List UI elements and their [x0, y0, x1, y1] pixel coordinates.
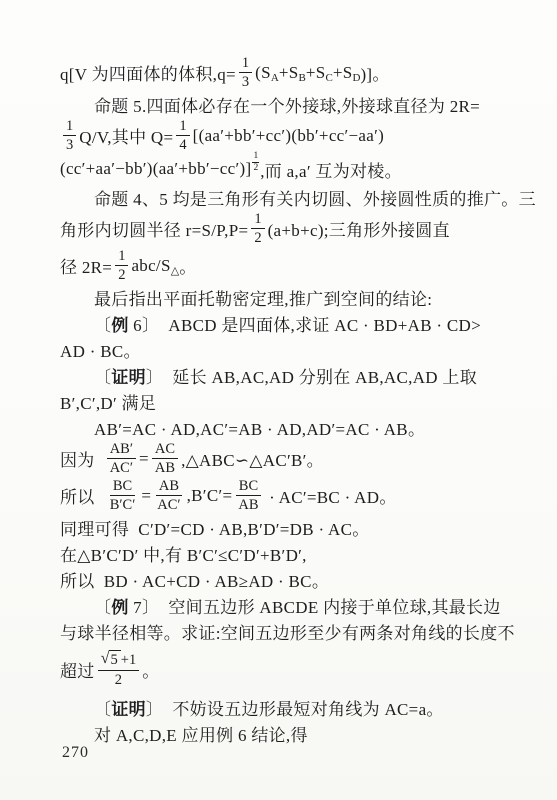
text-line: 13Q/V,其中 Q=14[(aa′+bb′+cc′)(bb′+cc′−aa′) — [60, 117, 504, 154]
text-run: 超过 — [60, 657, 95, 682]
text-run: (cc′+aa′−bb′)(aa′+bb′−cc′)] — [60, 159, 251, 179]
text-run: 同理可得 C′D′=CD · AB,B′D′=DB · AC。 — [60, 515, 370, 540]
fraction-numerator: AC — [152, 441, 178, 459]
text-run: 1 — [254, 211, 261, 227]
fraction-numerator: 1 — [252, 151, 259, 163]
text-run: = — [141, 486, 151, 506]
text-run: 与球半径相等。求证:空间五边形至少有两条对角线的长度不 — [60, 619, 515, 644]
text-run: 1 — [253, 151, 258, 162]
fraction-denominator: 2 — [112, 671, 125, 688]
text-run: 所以 BD · AC+CD · AB≥AD · BC。 — [60, 567, 329, 592]
text-run: 〕 延长 AB,AC,AD 分别在 AB,AC,AD 上取 — [146, 363, 477, 388]
fraction-numerator: 1 — [176, 118, 189, 136]
text-run: 2 — [118, 267, 125, 283]
fraction-denominator: 3 — [239, 73, 252, 90]
page-number: 270 — [62, 744, 89, 762]
text-run: 1 — [242, 55, 249, 71]
subscript: △ — [171, 264, 179, 277]
fraction: ACAB — [152, 441, 178, 476]
text-run: 1 — [179, 118, 186, 134]
text-run: AD · BC。 — [60, 337, 141, 362]
fraction-numerator: 1 — [63, 118, 76, 136]
text-line: 径 2R=12abc/S△。 — [60, 247, 504, 284]
text-run: 最后指出平面托勒密定理,推广到空间的结论: — [94, 285, 432, 310]
text-run: AB — [238, 497, 258, 513]
text-line: 〔例 7〕 空间五边形 ABCDE 内接于单位球,其最长边 — [60, 592, 504, 618]
fraction-denominator: AB — [235, 496, 261, 513]
text-run: Q/V,其中 Q= — [79, 123, 173, 148]
fraction-denominator: B′C′ — [107, 496, 139, 513]
text-run: 7〕 空间五边形 ABCDE 内接于单位球,其最长边 — [129, 593, 501, 618]
fraction-numerator: AB′ — [107, 441, 136, 459]
text-run: AB — [155, 460, 175, 476]
text-run: 。 — [179, 253, 196, 278]
text-line: 因为 AB′AC′=ACAB,△ABC∽△AC′B′。 — [60, 440, 504, 477]
text-run: 所以 — [60, 483, 104, 508]
fraction-numerator: 1 — [239, 55, 252, 73]
text-run: 1 — [66, 118, 73, 134]
text-line: 在△B′C′D′ 中,有 B′C′≤C′D′+B′D′, — [60, 540, 504, 566]
bold-text-run: 例 — [111, 311, 128, 336]
bold-text-run: 例 — [111, 593, 128, 618]
text-run: 径 2R= — [60, 253, 112, 278]
fraction-numerator: BC — [110, 478, 135, 496]
fraction-numerator: 1 — [251, 211, 264, 229]
text-run: 6〕 ABCD 是四面体,求证 AC · BD+AB · CD> — [129, 311, 481, 336]
text-run: AB — [159, 478, 179, 494]
text-line: AD · BC。 — [60, 336, 504, 362]
text-line: 角形内切圆半径 r=S/P,P=12(a+b+c);三角形外接圆直 — [60, 210, 504, 247]
text-run: (S — [255, 63, 271, 83]
text-run: · AC′=BC · AD。 — [265, 483, 397, 508]
text-run: 〕 不妨设五边形最短对角线为 AC=a。 — [146, 695, 444, 720]
text-run: = — [139, 449, 149, 469]
text-line: 同理可得 C′D′=CD · AB,B′D′=DB · AC。 — [60, 514, 504, 540]
subscript: B — [299, 72, 306, 84]
bold-text-run: 证明 — [111, 695, 146, 720]
fraction: 13 — [63, 118, 76, 153]
text-run: 2 — [115, 672, 122, 688]
text-run: 1 — [118, 248, 125, 264]
text-line: B′,C′,D′ 满足 — [60, 388, 504, 414]
fraction: 12 — [115, 248, 128, 283]
text-run: (a+b+c);三角形外接圆直 — [268, 216, 450, 241]
text-run: 。 — [142, 657, 159, 682]
text-run: ,而 a,a′ 互为对棱。 — [260, 157, 402, 182]
text-run: +S — [306, 63, 326, 83]
text-line: 〔证明〕 延长 AB,AC,AD 分别在 AB,AC,AD 上取 — [60, 362, 504, 388]
fraction: 12 — [252, 151, 259, 173]
text-run: 3 — [66, 137, 73, 153]
text-run: q[V 为四面体的体积,q= — [60, 60, 236, 85]
text-run: +S — [279, 63, 299, 83]
fraction-denominator: 2 — [115, 266, 128, 283]
text-run: )]。 — [360, 60, 389, 85]
text-run: AC′ — [157, 497, 180, 513]
fraction-numerator: √5+1 — [98, 650, 140, 670]
fraction: AB′AC′ — [107, 441, 136, 476]
text-run: 命题 4、5 均是三角形有关内切圆、外接圆性质的推广。三 — [94, 185, 536, 210]
subscript: D — [353, 72, 361, 84]
fraction: 13 — [239, 55, 252, 90]
fraction: 14 — [176, 118, 189, 153]
subscript: C — [326, 72, 333, 84]
text-run: +S — [333, 63, 353, 83]
text-run: ,B′C′= — [187, 486, 233, 506]
text-run: AC — [155, 441, 175, 457]
text-run: AB′ — [110, 441, 133, 457]
text-run: 〔 — [94, 363, 111, 388]
text-run: B′C′ — [110, 497, 136, 513]
fraction: ABAC′ — [154, 478, 183, 513]
fraction-denominator: 3 — [63, 136, 76, 153]
text-run: +1 — [121, 652, 136, 668]
fraction-numerator: AB — [156, 478, 182, 496]
text-run: 2 — [254, 230, 261, 246]
fraction: BCAB — [235, 478, 261, 513]
text-line: q[V 为四面体的体积,q=13(SA+SB+SC+SD)]。 — [60, 54, 504, 91]
text-run: 在△B′C′D′ 中,有 B′C′≤C′D′+B′D′, — [60, 541, 307, 566]
text-run: B′,C′,D′ 满足 — [60, 389, 156, 414]
text-run: BC — [113, 478, 132, 494]
square-root: √5 — [101, 650, 121, 668]
fraction: BCB′C′ — [107, 478, 139, 513]
text-line: 与球半径相等。求证:空间五边形至少有两条对角线的长度不 — [60, 618, 504, 644]
text-run: BC — [239, 478, 258, 494]
superscript: 12 — [251, 151, 260, 173]
text-run: AC′ — [110, 460, 133, 476]
text-line: AB′=AC · AD,AC′=AB · AD,AD′=AC · AB。 — [60, 414, 504, 440]
text-run: 命题 5.四面体必存在一个外接球,外接球直径为 2R= — [94, 92, 480, 117]
text-line: 所以 BCB′C′=ABAC′,B′C′=BCAB · AC′=BC · AD。 — [60, 477, 504, 514]
text-run: 3 — [242, 74, 249, 90]
text-line: 命题 4、5 均是三角形有关内切圆、外接圆性质的推广。三 — [60, 184, 504, 210]
text-run: 角形内切圆半径 r=S/P,P= — [60, 216, 248, 241]
fraction: 12 — [251, 211, 264, 246]
fraction-denominator: 4 — [176, 136, 189, 153]
text-run: abc/S — [131, 256, 170, 276]
radicand: 5 — [109, 650, 121, 668]
fraction-denominator: AC′ — [107, 459, 136, 476]
subscript: A — [271, 72, 279, 84]
fraction-denominator: AB — [152, 459, 178, 476]
text-run: 〔 — [94, 311, 111, 336]
fraction-denominator: 2 — [251, 229, 264, 246]
text-run: [(aa′+bb′+cc′)(bb′+cc′−aa′) — [193, 126, 384, 146]
text-run: ,△ABC∽△AC′B′。 — [181, 446, 324, 471]
text-run: 2 — [253, 163, 258, 174]
fraction-denominator: 2 — [252, 163, 259, 174]
fraction: √5+12 — [98, 650, 140, 687]
text-line: 对 A,C,D,E 应用例 6 结论,得 — [60, 720, 504, 746]
text-line: 最后指出平面托勒密定理,推广到空间的结论: — [60, 284, 504, 310]
fraction-denominator: AC′ — [154, 496, 183, 513]
text-line: 所以 BD · AC+CD · AB≥AD · BC。 — [60, 566, 504, 592]
text-line: 〔例 6〕 ABCD 是四面体,求证 AC · BD+AB · CD> — [60, 310, 504, 336]
text-run: AB′=AC · AD,AC′=AB · AD,AD′=AC · AB。 — [94, 415, 425, 440]
text-line: (cc′+aa′−bb′)(aa′+bb′−cc′)]12,而 a,a′ 互为对… — [60, 154, 504, 184]
page-content: q[V 为四面体的体积,q=13(SA+SB+SC+SD)]。命题 5.四面体必… — [60, 54, 504, 746]
text-run: 〔 — [94, 593, 111, 618]
text-run: 〔 — [94, 695, 111, 720]
bold-text-run: 证明 — [111, 363, 146, 388]
fraction-numerator: 1 — [115, 248, 128, 266]
fraction-numerator: BC — [236, 478, 261, 496]
text-run: 因为 — [60, 446, 104, 471]
text-run: 4 — [179, 137, 186, 153]
text-line: 超过√5+12。 — [60, 644, 504, 694]
text-line: 命题 5.四面体必存在一个外接球,外接球直径为 2R= — [60, 91, 504, 117]
text-run: 对 A,C,D,E 应用例 6 结论,得 — [94, 721, 308, 746]
text-line: 〔证明〕 不妨设五边形最短对角线为 AC=a。 — [60, 694, 504, 720]
scanned-page: q[V 为四面体的体积,q=13(SA+SB+SC+SD)]。命题 5.四面体必… — [0, 0, 557, 800]
